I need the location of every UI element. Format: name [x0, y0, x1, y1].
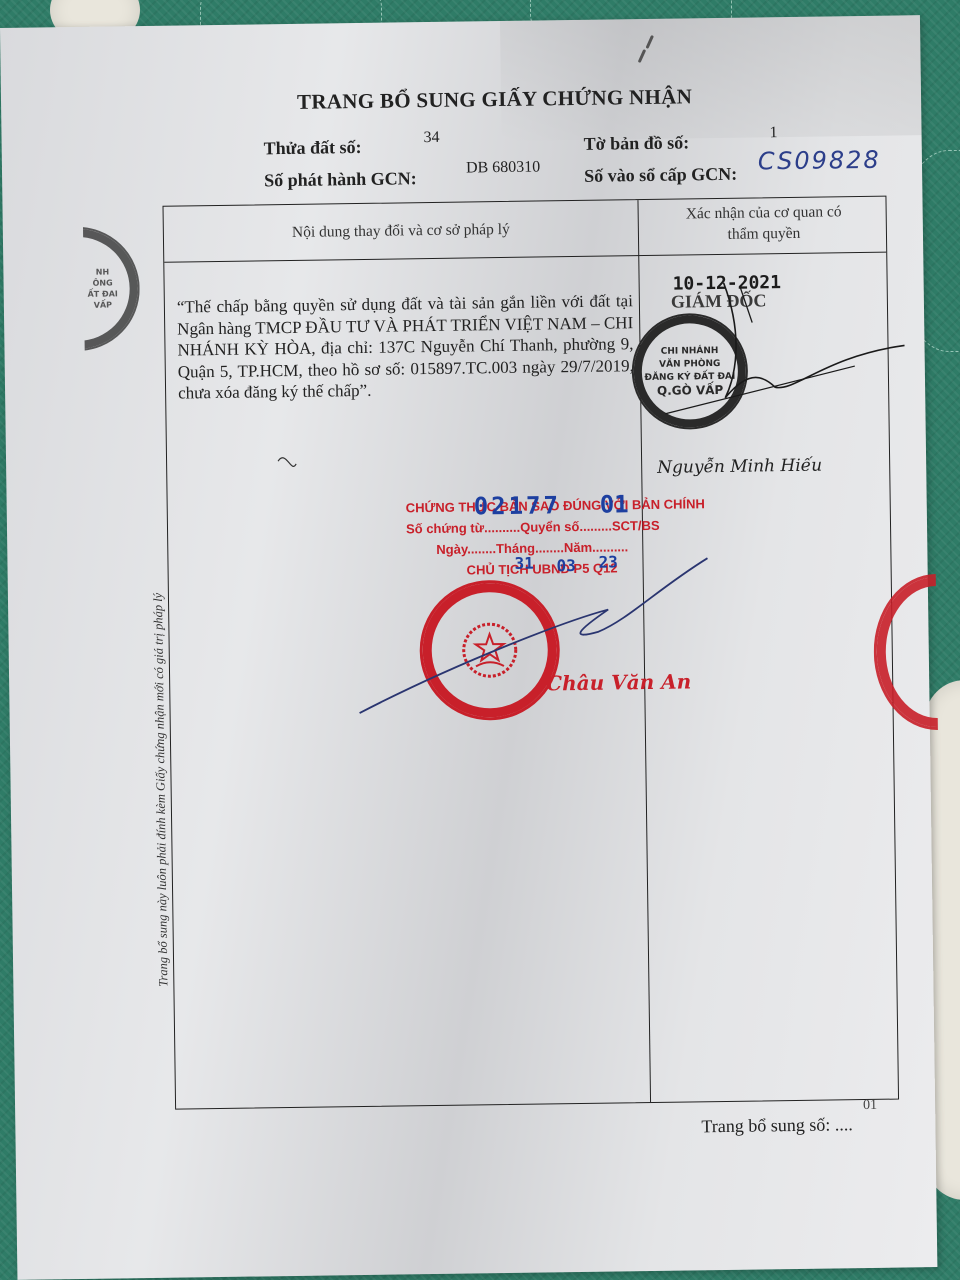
page-number: 01 — [863, 1098, 877, 1114]
paper-shadow — [500, 15, 922, 141]
changes-table: Nội dung thay đổi và cơ sở pháp lý Xác n… — [162, 196, 899, 1110]
document-page: TRANG BỔ SUNG GIẤY CHỨNG NHẬN Thửa đất s… — [0, 15, 937, 1280]
office-stamp-line: VĂN PHÒNG — [644, 358, 735, 372]
cert-number: 02177 — [474, 491, 562, 520]
side-note: Trang bổ sung này luôn phải đính kèm Giấ… — [151, 593, 172, 987]
issue-number-value: DB 680310 — [466, 158, 540, 177]
header-divider — [164, 252, 886, 263]
book-number: 01 — [600, 490, 629, 518]
cert-month: 03 — [556, 556, 576, 575]
emblem-icon — [459, 620, 520, 681]
cert-year: 23 — [598, 552, 618, 571]
director-name: Nguyễn Minh Hiếu — [657, 456, 822, 478]
map-sheet-value: 1 — [769, 124, 777, 142]
certifier-signature-name: Châu Văn An — [546, 669, 691, 695]
office-stamp-line: Q.GÒ VẤP — [645, 384, 736, 398]
header-confirmation: Xác nhận của cơ quan có thẩm quyền — [644, 201, 885, 246]
office-stamp: CHI NHÁNH VĂN PHÒNG ĐĂNG KÝ ĐẤT ĐAI Q.GÒ… — [631, 313, 749, 431]
office-stamp-line: CHI NHÁNH — [644, 345, 735, 359]
registry-label: Số vào sổ cấp GCN: — [584, 164, 737, 187]
director-title: GIÁM ĐỐC — [671, 290, 767, 312]
ward-stamp — [419, 579, 561, 721]
change-content: “Thế chấp bằng quyền sử dụng đất và tài … — [177, 290, 634, 404]
footer-page-label: Trang bổ sung số: .... — [701, 1114, 853, 1137]
issue-number-label: Số phát hành GCN: — [264, 168, 417, 191]
parcel-label: Thửa đất số: — [264, 137, 362, 159]
map-sheet-label: Tờ bản đồ số: — [584, 132, 690, 154]
change-content-text: “Thế chấp bằng quyền sử dụng đất và tài … — [177, 290, 634, 404]
header-changes: Nội dung thay đổi và cơ sở pháp lý — [164, 217, 638, 245]
parcel-value: 34 — [423, 129, 439, 147]
cert-day: 31 — [514, 554, 534, 573]
office-stamp-partial: NHÔNGẤT ĐAIVẤP — [15, 226, 141, 352]
registry-value: CS09828 — [758, 146, 881, 176]
cert-line-4: CHỦ TỊCH UBND P5 Q12 — [406, 556, 686, 581]
